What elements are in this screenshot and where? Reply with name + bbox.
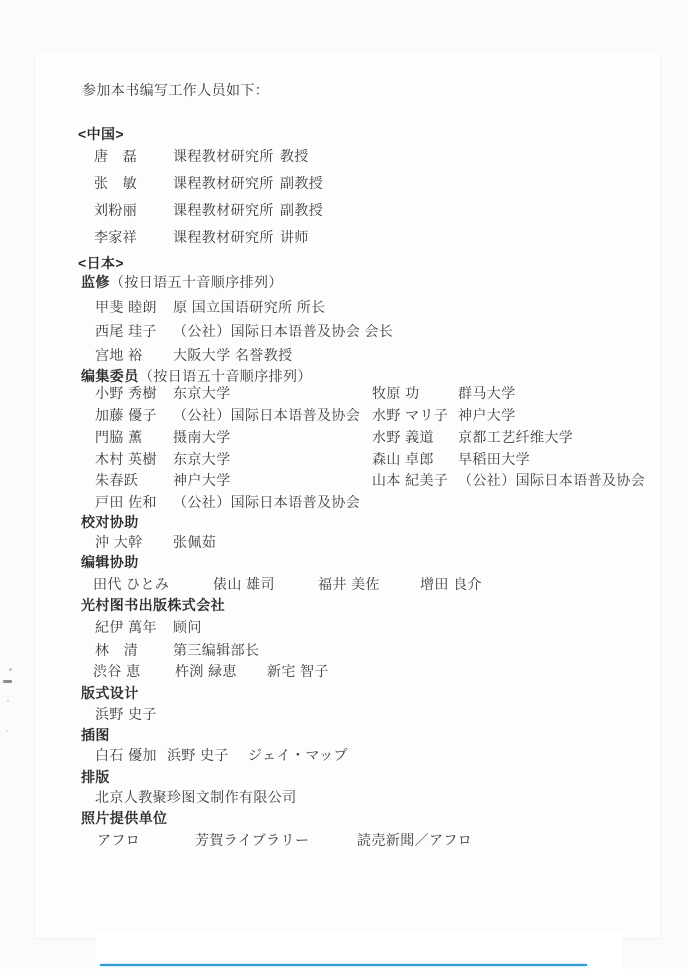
credit-row-china-3: 刘粉丽 课程教材研究所 副教授 <box>35 200 660 218</box>
person-name: 刘粉丽 <box>94 200 137 220</box>
member-org: 摄南大学 <box>173 427 231 447</box>
committee-row-4: 木村 英樹 东京大学 森山 卓郎 早稻田大学 <box>35 449 660 467</box>
scan-speck <box>9 668 12 671</box>
person-title: 第三编辑部长 <box>173 640 259 660</box>
photo-heading: 照片提供单位 <box>35 808 660 826</box>
member-name: 木村 英樹 <box>95 449 157 469</box>
design-heading: 版式设计 <box>35 683 660 701</box>
person-title: 教授 <box>280 146 309 166</box>
person-title: 副教授 <box>280 200 323 220</box>
member-name: 朱春跃 <box>95 470 138 490</box>
supervisor-row-1: 甲斐 睦朗 原 国立国语研究所 所长 <box>35 297 660 315</box>
japan-heading-text: <日本> <box>78 253 124 273</box>
illustration-label: 插图 <box>81 725 110 745</box>
supervisor-row-3: 宫地 裕 大阪大学 名誉教授 <box>35 345 660 363</box>
committee-row-6: 戸田 佐和 （公社）国际日本语普及协会 <box>35 492 660 510</box>
person-name: 浜野 史子 <box>95 704 157 724</box>
person-name: 新宅 智子 <box>267 661 329 681</box>
person-org: （公社）国际日本语普及协会 会长 <box>173 321 393 341</box>
design-row: 浜野 史子 <box>35 704 660 722</box>
member-org: 京都工艺纤维大学 <box>458 427 573 447</box>
photo-source: アフロ <box>97 830 140 850</box>
member-org: 东京大学 <box>173 449 231 469</box>
person-name: 福井 美佐 <box>318 574 380 594</box>
page-bottom-accent-line <box>100 964 587 966</box>
publisher-row-3: 渋谷 恵 杵渕 緑恵 新宅 智子 <box>35 661 660 679</box>
member-org: 早稻田大学 <box>458 449 530 469</box>
person-name: 唐 磊 <box>94 146 137 166</box>
person-org: 课程教材研究所 <box>173 200 274 220</box>
publisher-label: 光村图书出版株式会社 <box>81 595 225 615</box>
person-name: 李家祥 <box>94 227 137 247</box>
person-name: 林 清 <box>95 640 138 660</box>
member-org: 神户大学 <box>458 405 516 425</box>
scan-dash-mark <box>3 680 12 683</box>
scan-speck <box>6 730 8 732</box>
member-org: 群马大学 <box>458 383 516 403</box>
person-name: 张 敏 <box>94 173 137 193</box>
person-name: 渋谷 恵 <box>93 661 141 681</box>
intro-line: 参加本书编写工作人员如下： <box>35 80 660 98</box>
member-name: 加藤 優子 <box>95 405 157 425</box>
person-name: 紀伊 萬年 <box>95 617 157 637</box>
member-org: （公社）国际日本语普及协会 <box>173 405 360 425</box>
member-name: 戸田 佐和 <box>95 492 157 512</box>
person-org: 课程教材研究所 <box>173 227 274 247</box>
supervision-heading: 监修 （按日语五十音顺序排列） <box>35 272 660 290</box>
photo-label: 照片提供单位 <box>81 808 167 828</box>
member-name: 水野 義道 <box>372 427 434 447</box>
company-name: 北京人教聚珍图文制作有限公司 <box>95 787 297 807</box>
photo-source: 読売新聞／アフロ <box>357 830 472 850</box>
person-name: 西尾 珪子 <box>95 321 157 341</box>
person-name: 浜野 史子 <box>167 745 229 765</box>
publisher-heading: 光村图书出版株式会社 <box>35 595 660 613</box>
edit-assist-heading: 编辑协助 <box>35 552 660 570</box>
person-name: 田代 ひとみ <box>93 574 169 594</box>
person-name: ジェイ・マップ <box>248 745 348 765</box>
section-heading-japan: <日本> <box>35 253 660 271</box>
illustration-heading: 插图 <box>35 725 660 743</box>
typesetting-heading: 排版 <box>35 767 660 785</box>
person-name: 张佩茹 <box>173 532 216 552</box>
publisher-row-2: 林 清 第三编辑部长 <box>35 640 660 658</box>
supervisor-row-2: 西尾 珪子 （公社）国际日本语普及协会 会长 <box>35 321 660 339</box>
person-org: 原 国立国语研究所 所长 <box>173 297 326 317</box>
person-name: 杵渕 緑恵 <box>175 661 237 681</box>
member-name: 森山 卓郎 <box>372 449 434 469</box>
supervision-note: （按日语五十音顺序排列） <box>110 272 283 292</box>
credit-row-china-4: 李家祥 课程教材研究所 讲师 <box>35 227 660 245</box>
member-name: 山本 紀美子 <box>372 470 448 490</box>
member-name: 小野 秀樹 <box>95 383 157 403</box>
committee-heading: 编集委员 （按日语五十音顺序排列） <box>35 366 660 384</box>
proofread-heading: 校对协助 <box>35 512 660 530</box>
committee-row-5: 朱春跃 神户大学 山本 紀美子 （公社）国际日本语普及协会 <box>35 470 660 488</box>
person-title: 讲师 <box>280 227 309 247</box>
committee-row-3: 門脇 薫 摄南大学 水野 義道 京都工艺纤维大学 <box>35 427 660 445</box>
edit-assist-row: 田代 ひとみ 俵山 雄司 福井 美佐 增田 良介 <box>35 574 660 592</box>
typesetting-row: 北京人教聚珍图文制作有限公司 <box>35 787 660 805</box>
person-org: 大阪大学 名誉教授 <box>173 345 293 365</box>
publisher-row-1: 紀伊 萬年 顾问 <box>35 617 660 635</box>
member-org: 东京大学 <box>173 383 231 403</box>
design-label: 版式设计 <box>81 683 139 703</box>
person-name: 白石 優加 <box>95 745 157 765</box>
typesetting-label: 排版 <box>81 767 110 787</box>
person-name: 沖 大幹 <box>95 532 143 552</box>
person-name: 甲斐 睦朗 <box>95 297 157 317</box>
photo-row: アフロ 芳賀ライブラリー 読売新聞／アフロ <box>35 830 660 848</box>
member-org: （公社）国际日本语普及协会 <box>458 470 645 490</box>
member-name: 水野 マリ子 <box>372 405 448 425</box>
person-org: 课程教材研究所 <box>173 173 274 193</box>
scan-speck <box>7 700 9 702</box>
person-name: 增田 良介 <box>420 574 482 594</box>
credit-row-china-1: 唐 磊 课程教材研究所 教授 <box>35 146 660 164</box>
edit-assist-label: 编辑协助 <box>81 552 139 572</box>
proofread-row: 沖 大幹 张佩茹 <box>35 532 660 550</box>
person-title: 副教授 <box>280 173 323 193</box>
proofread-label: 校对协助 <box>81 512 139 532</box>
committee-row-2: 加藤 優子 （公社）国际日本语普及协会 水野 マリ子 神户大学 <box>35 405 660 423</box>
illustration-row: 白石 優加 浜野 史子 ジェイ・マップ <box>35 745 660 763</box>
china-heading-text: <中国> <box>78 124 124 144</box>
person-name: 宫地 裕 <box>95 345 143 365</box>
person-name: 俵山 雄司 <box>213 574 275 594</box>
credit-row-china-2: 张 敏 课程教材研究所 副教授 <box>35 173 660 191</box>
section-heading-china: <中国> <box>35 124 660 142</box>
member-org: 神户大学 <box>173 470 231 490</box>
member-name: 門脇 薫 <box>95 427 143 447</box>
member-name: 牧原 功 <box>372 383 420 403</box>
member-org: （公社）国际日本语普及协会 <box>173 492 360 512</box>
person-org: 课程教材研究所 <box>173 146 274 166</box>
committee-row-1: 小野 秀樹 东京大学 牧原 功 群马大学 <box>35 383 660 401</box>
supervision-label: 监修 <box>81 272 110 292</box>
intro-text: 参加本书编写工作人员如下： <box>82 80 269 100</box>
person-title: 顾问 <box>173 617 202 637</box>
photo-source: 芳賀ライブラリー <box>195 830 309 850</box>
document-page: 参加本书编写工作人员如下： <中国> 唐 磊 课程教材研究所 教授 张 敏 课程… <box>35 52 660 938</box>
